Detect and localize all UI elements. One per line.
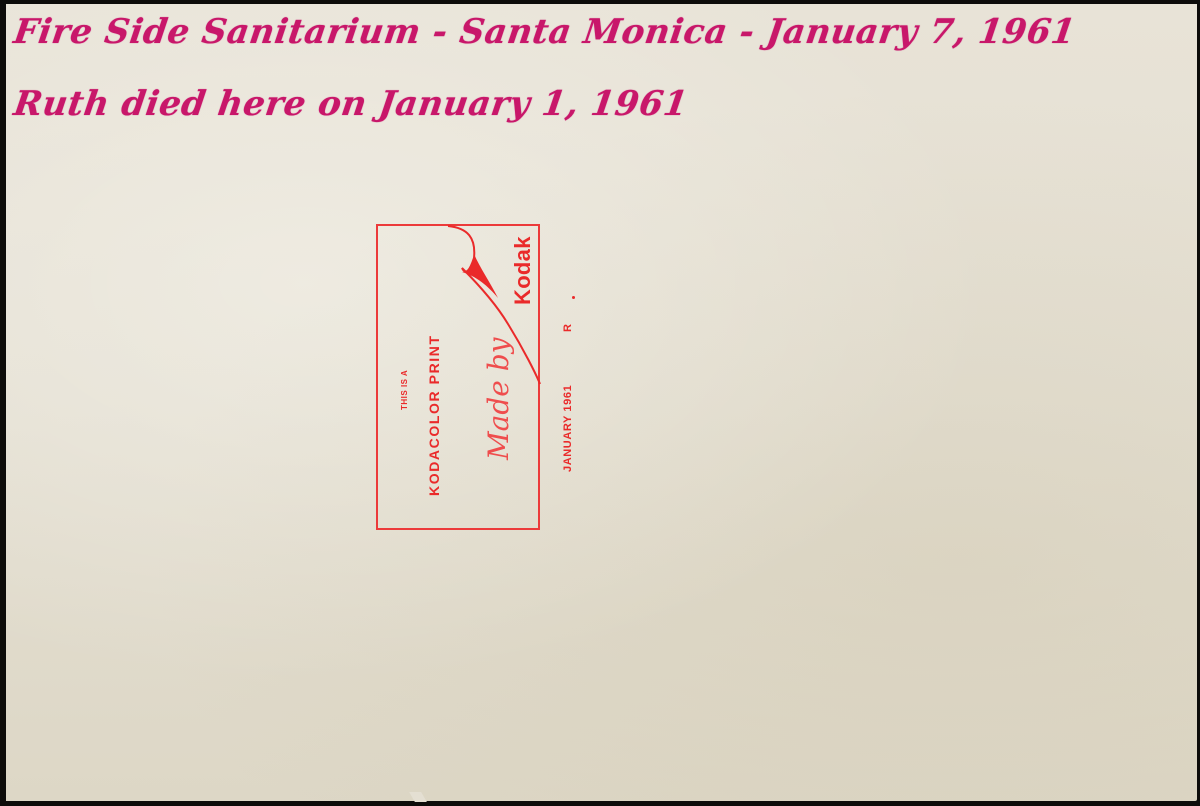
photo-back: Fire Side Sanitarium - Santa Monica - Ja… xyxy=(6,4,1197,801)
handwritten-caption-line-2: Ruth died here on January 1, 1961 xyxy=(11,84,690,124)
print-date-text: JANUARY 1961 xyxy=(562,385,574,472)
stamp-made-by-text: Made by xyxy=(482,338,515,461)
stamp-product-text: KODACOLOR PRINT xyxy=(426,334,442,496)
handwritten-caption-line-1: Fire Side Sanitarium - Santa Monica - Ja… xyxy=(11,12,1078,52)
stamp-dot xyxy=(572,296,575,299)
stamp-this-is-text: THIS IS A xyxy=(400,370,409,410)
kodak-logo-text: Kodak xyxy=(510,236,536,305)
print-code-text: R xyxy=(562,324,574,332)
